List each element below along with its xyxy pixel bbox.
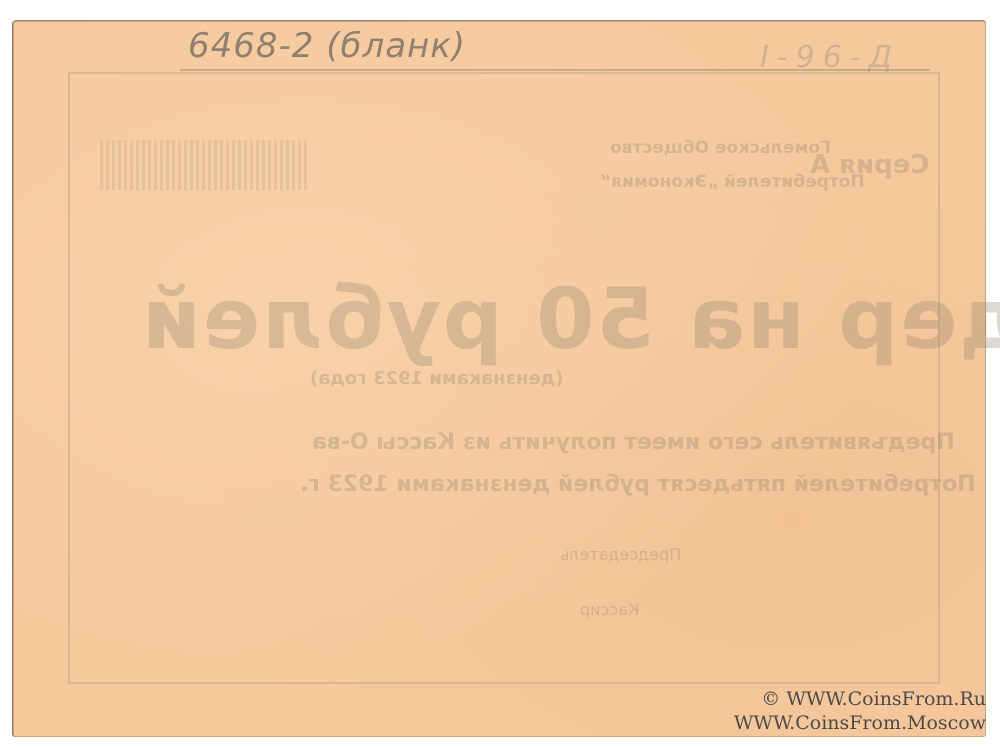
ornament-bleed bbox=[100, 140, 310, 190]
signature2-bleed: Кассир bbox=[580, 600, 639, 619]
signature1-bleed: Председатель bbox=[560, 545, 681, 564]
body-line1-bleed: Предъявитель сего имеет получить из Касс… bbox=[312, 430, 955, 455]
pencil-underline bbox=[180, 69, 930, 71]
watermark-line1: © WWW.CoinsFrom.Ru bbox=[761, 688, 986, 710]
title-bleed: Ордер на 50 рублей bbox=[140, 270, 1000, 368]
subtitle-bleed: (дензнаками 1923 года) bbox=[310, 368, 563, 389]
pencil-inscription: 6468-2 (бланк) bbox=[188, 26, 466, 66]
body-line2-bleed: Потребителей пятьдесят рублей дензнаками… bbox=[300, 472, 976, 497]
header-line2-bleed: Потребителей „Экономия“ bbox=[600, 172, 865, 192]
header-line1-bleed: Гомельское Общество bbox=[610, 138, 831, 158]
watermark-line2: WWW.CoinsFrom.Moscow bbox=[734, 712, 986, 734]
